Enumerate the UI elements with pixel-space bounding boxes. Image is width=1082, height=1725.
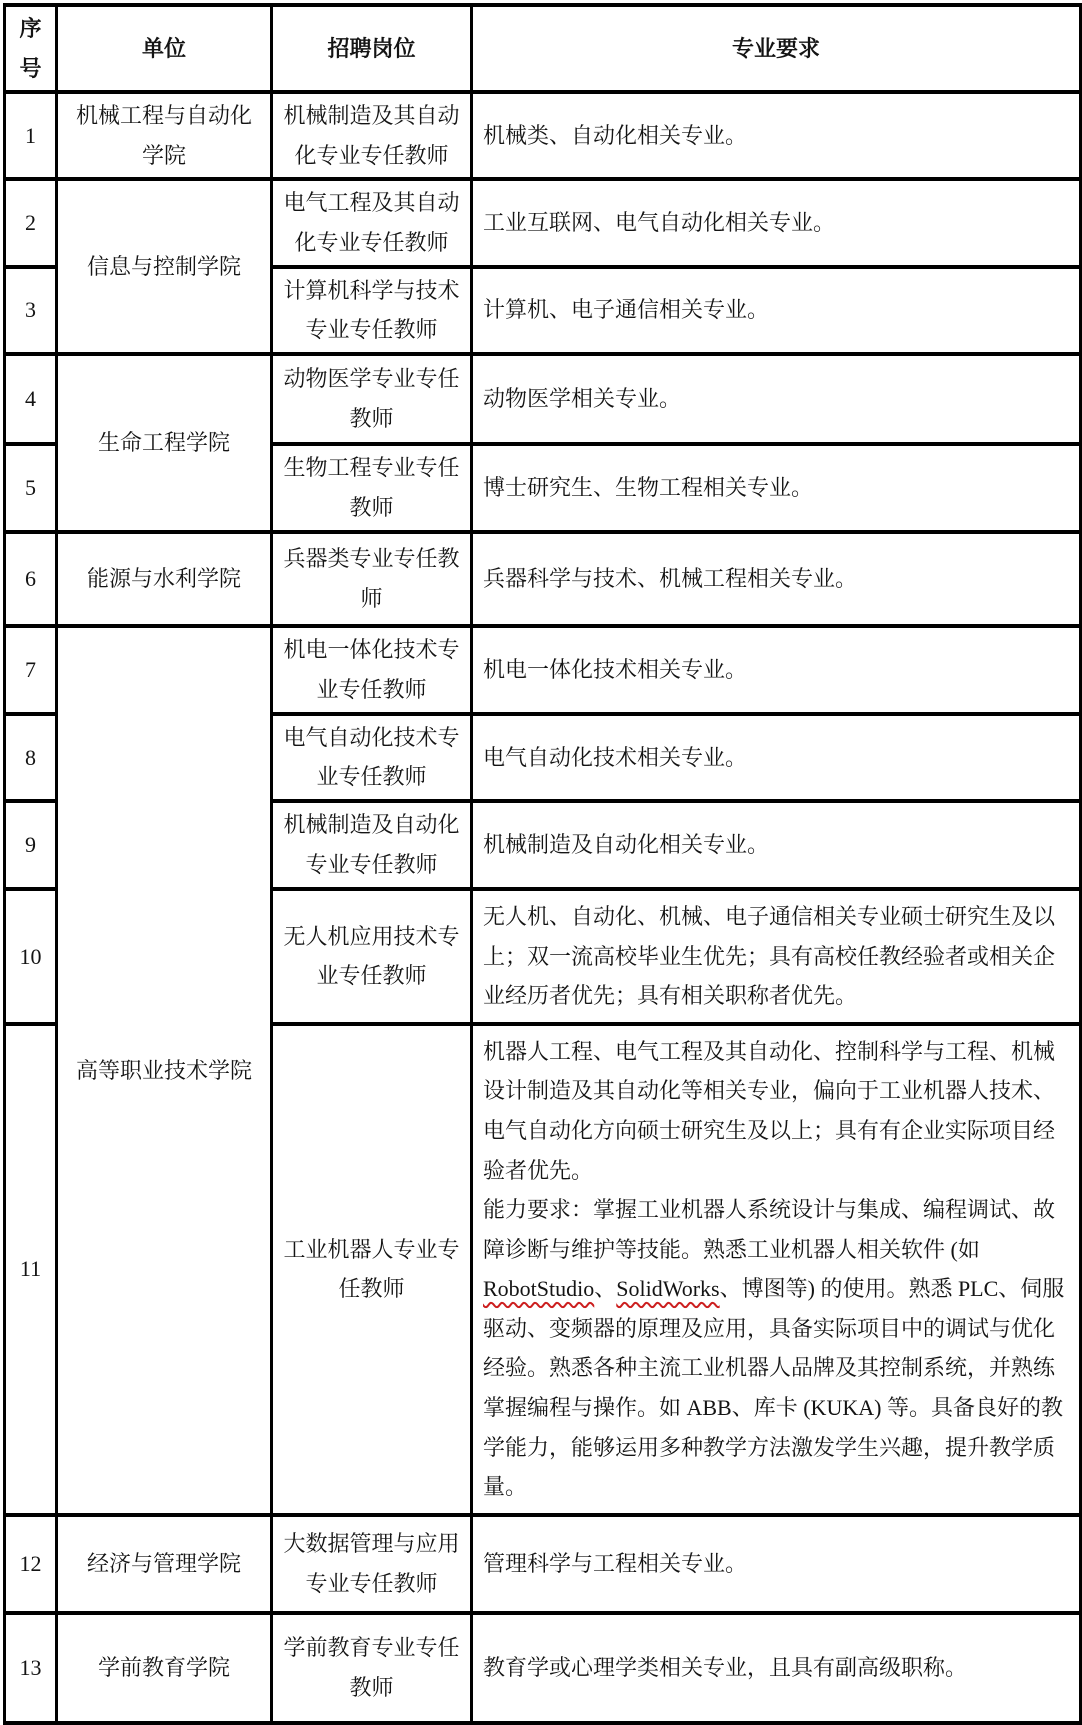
recruitment-table: 序号 单位 招聘岗位 专业要求 1 机械工程与自动化学院 机械制造及其自动化专业… <box>3 3 1082 1670</box>
table-row: 4 生命工程学院 动物医学专业专任教师 动物医学相关专业。 <box>5 354 1081 444</box>
cell-position: 工业机器人专业专任教师 <box>272 1024 472 1515</box>
cell-position: 生物工程专业专任教师 <box>272 444 472 532</box>
cell-requirement: 机器人工程、电气工程及其自动化、控制科学与工程、机械设计制造及其自动化等相关专业… <box>472 1024 1081 1515</box>
cell-requirement: 机械制造及自动化相关专业。 <box>472 801 1081 889</box>
requirement-text: 机器人工程、电气工程及其自动化、控制科学与工程、机械设计制造及其自动化等相关专业… <box>483 1039 1055 1183</box>
cell-unit: 学前教育学院 <box>57 1613 272 1670</box>
cell-position: 无人机应用技术专业专任教师 <box>272 889 472 1024</box>
table-row: 2 信息与控制学院 电气工程及其自动化专业专任教师 工业互联网、电气自动化相关专… <box>5 179 1081 266</box>
cell-no: 2 <box>5 179 57 266</box>
header-row: 序号 单位 招聘岗位 专业要求 <box>5 5 1081 92</box>
table-row: 7 高等职业技术学院 机电一体化技术专业专任教师 机电一体化技术相关专业。 <box>5 626 1081 714</box>
cell-position: 大数据管理与应用专业专任教师 <box>272 1515 472 1613</box>
cell-position: 机械制造及其自动化专业专任教师 <box>272 92 472 179</box>
cell-position: 兵器类专业专任教师 <box>272 532 472 626</box>
cell-position: 机械制造及自动化专业专任教师 <box>272 801 472 889</box>
spellcheck-word-robotstudio: RobotStudio <box>483 1276 594 1301</box>
cell-no: 4 <box>5 354 57 444</box>
requirement-text: 、博图等) 的使用。熟悉 PLC、伺服驱动、变频器的原理及应用，具备实际项目中的… <box>483 1276 1064 1499</box>
cell-position: 计算机科学与技术专业专任教师 <box>272 267 472 354</box>
header-no: 序号 <box>5 5 57 92</box>
cell-unit: 能源与水利学院 <box>57 532 272 626</box>
cell-position: 电气工程及其自动化专业专任教师 <box>272 179 472 266</box>
cell-no: 9 <box>5 801 57 889</box>
cell-requirement: 动物医学相关专业。 <box>472 354 1081 444</box>
table-row: 1 机械工程与自动化学院 机械制造及其自动化专业专任教师 机械类、自动化相关专业… <box>5 92 1081 179</box>
cell-no: 3 <box>5 267 57 354</box>
header-requirement: 专业要求 <box>472 5 1081 92</box>
table-row: 6 能源与水利学院 兵器类专业专任教师 兵器科学与技术、机械工程相关专业。 <box>5 532 1081 626</box>
cell-unit: 生命工程学院 <box>57 354 272 532</box>
cell-no: 13 <box>5 1613 57 1670</box>
header-unit: 单位 <box>57 5 272 92</box>
requirement-paragraph-2: 能力要求：掌握工业机器人系统设计与集成、编程调试、故障诊断与维护等技能。熟悉工业… <box>483 1190 1071 1507</box>
cell-no: 6 <box>5 532 57 626</box>
cell-requirement: 无人机、自动化、机械、电子通信相关专业硕士研究生及以上；双一流高校毕业生优先；具… <box>472 889 1081 1024</box>
cell-requirement: 机械类、自动化相关专业。 <box>472 92 1081 179</box>
table-row: 12 经济与管理学院 大数据管理与应用专业专任教师 管理科学与工程相关专业。 <box>5 1515 1081 1613</box>
table-row: 13 学前教育学院 学前教育专业专任教师 教育学或心理学类相关专业，且具有副高级… <box>5 1613 1081 1670</box>
cell-requirement: 机电一体化技术相关专业。 <box>472 626 1081 714</box>
cell-unit: 高等职业技术学院 <box>57 626 272 1515</box>
cell-position: 学前教育专业专任教师 <box>272 1613 472 1670</box>
cell-no: 11 <box>5 1024 57 1515</box>
cell-position: 电气自动化技术专业专任教师 <box>272 714 472 801</box>
cell-position: 机电一体化技术专业专任教师 <box>272 626 472 714</box>
cell-requirement: 博士研究生、生物工程相关专业。 <box>472 444 1081 532</box>
cell-no: 5 <box>5 444 57 532</box>
cell-requirement: 电气自动化技术相关专业。 <box>472 714 1081 801</box>
cell-no: 8 <box>5 714 57 801</box>
requirement-paragraph-1: 机器人工程、电气工程及其自动化、控制科学与工程、机械设计制造及其自动化等相关专业… <box>483 1032 1071 1190</box>
requirement-text: 、 <box>594 1276 616 1301</box>
requirement-text: 能力要求：掌握工业机器人系统设计与集成、编程调试、故障诊断与维护等技能。熟悉工业… <box>483 1197 1055 1262</box>
cell-requirement: 工业互联网、电气自动化相关专业。 <box>472 179 1081 266</box>
spellcheck-word-solidworks: SolidWorks <box>616 1276 719 1301</box>
cell-no: 12 <box>5 1515 57 1613</box>
cell-unit: 信息与控制学院 <box>57 179 272 353</box>
cell-unit: 机械工程与自动化学院 <box>57 92 272 179</box>
cell-unit: 经济与管理学院 <box>57 1515 272 1613</box>
cell-no: 7 <box>5 626 57 714</box>
cell-requirement: 计算机、电子通信相关专业。 <box>472 267 1081 354</box>
cell-requirement: 兵器科学与技术、机械工程相关专业。 <box>472 532 1081 626</box>
cell-no: 1 <box>5 92 57 179</box>
header-position: 招聘岗位 <box>272 5 472 92</box>
cell-no: 10 <box>5 889 57 1024</box>
cell-position: 动物医学专业专任教师 <box>272 354 472 444</box>
cell-requirement: 管理科学与工程相关专业。 <box>472 1515 1081 1613</box>
cell-requirement: 教育学或心理学类相关专业，且具有副高级职称。 <box>472 1613 1081 1670</box>
